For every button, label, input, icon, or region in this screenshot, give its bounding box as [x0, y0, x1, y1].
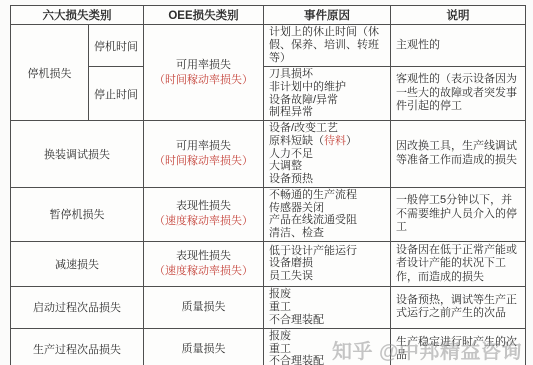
cell-note-planned: 主观性的	[391, 25, 526, 67]
material-suffix: ）	[346, 135, 357, 147]
cell-oee-quality-loss-2: 质量损失	[144, 328, 264, 365]
cause-line: 设备故障/异常	[269, 94, 385, 107]
cause-line: 传感器关闭	[269, 202, 385, 215]
row-stop-loss-stoptime: 停止时间 刀具损坏 非计划中的维护 设备故障/异常 制程异常 客观性的（表示设备…	[11, 67, 526, 121]
cause-line: 清洁、检查	[269, 227, 385, 240]
cause-line: 设备/改变工艺	[269, 122, 385, 135]
cell-note-changeover: 因改换工具，生产线调试等准备工作而造成的损失	[391, 121, 526, 188]
zhihu-watermark: 知乎 @中邦精益咨询	[332, 335, 522, 364]
oee-loss-label: 表现性损失	[148, 199, 259, 214]
cell-changeover-category: 换装调试损失	[11, 121, 144, 188]
cell-note-minor-stop: 一般停工5分钟以下，并不需要维护人员介入的停工	[391, 187, 526, 241]
cell-minor-stop-category: 暂停机损失	[11, 187, 144, 241]
page: 六大损失类别 OEE损失类别 事件原因 说明 停机损失 停机时间 可用率损失 （…	[0, 0, 533, 365]
header-oee-loss: OEE损失类别	[144, 6, 264, 25]
cell-oee-availability-loss-2: 可用率损失 （时间稼动率损失）	[144, 121, 264, 188]
oee-loss-label: 可用率损失	[148, 58, 259, 73]
cell-note-unplanned: 客观性的（表示设备因为一些大的故障或者突发事件引起的停工	[391, 67, 526, 121]
header-note: 说明	[391, 6, 526, 25]
row-stop-loss-downtime: 停机损失 停机时间 可用率损失 （时间稼动率损失） 计划上的休止时间（休假、保养…	[11, 25, 526, 67]
cell-cause-minor-stop: 不畅通的生产流程 传感器关闭 产品在线流通受阻 清洁、检查	[264, 187, 391, 241]
cause-line: 员工失误	[269, 270, 385, 283]
row-changeover-loss: 换装调试损失 可用率损失 （时间稼动率损失） 设备/改变工艺 原料短缺（待料） …	[11, 121, 526, 188]
cause-line: 人力不足	[269, 148, 385, 161]
cell-oee-performance-loss-2: 表现性损失 （速度稼动率损失）	[144, 241, 264, 286]
cell-cause-speed: 低于设计产能运行 设备磨损 员工失误	[264, 241, 391, 286]
cause-line: 不合理装配	[269, 314, 385, 327]
cell-oee-quality-loss-1: 质量损失	[144, 286, 264, 328]
oee-loss-sub-label: （时间稼动率损失）	[148, 73, 259, 88]
cell-oee-performance-loss-1: 表现性损失 （速度稼动率损失）	[144, 187, 264, 241]
cause-line: 设备磨损	[269, 257, 385, 270]
cell-stoptime: 停止时间	[89, 67, 144, 121]
row-minor-stop-loss: 暂停机损失 表现性损失 （速度稼动率损失） 不畅通的生产流程 传感器关闭 产品在…	[11, 187, 526, 241]
cell-note-speed: 设备因在低于正常产能或者设计产能的状况下工作，而造成的损失	[391, 241, 526, 286]
header-event-cause: 事件原因	[264, 6, 391, 25]
cell-production-defect-category: 生产过程次品损失	[11, 328, 144, 365]
header-row: 六大损失类别 OEE损失类别 事件原因 说明	[11, 6, 526, 25]
cause-line: 不畅通的生产流程	[269, 189, 385, 202]
oee-loss-label: 表现性损失	[148, 249, 259, 264]
material-prefix: 原料短缺（	[269, 135, 324, 147]
cause-line: 大调整	[269, 160, 385, 173]
row-speed-loss: 减速损失 表现性损失 （速度稼动率损失） 低于设计产能运行 设备磨损 员工失误 …	[11, 241, 526, 286]
cell-downtime: 停机时间	[89, 25, 144, 67]
oee-loss-sub-label: （时间稼动率损失）	[148, 154, 259, 169]
cause-line: 低于设计产能运行	[269, 245, 385, 258]
cell-cause-changeover: 设备/改变工艺 原料短缺（待料） 人力不足 大调整 设备预热	[264, 121, 391, 188]
cell-note-startup-defect: 设备预热，调试等生产正式运行之前产生的次品	[391, 286, 526, 328]
cause-line: 刀具损坏	[269, 68, 385, 81]
cause-line: 计划上的休止时间（休假、保养、培训、转班等）	[269, 26, 385, 64]
cause-line: 制程异常	[269, 106, 385, 119]
oee-loss-table: 六大损失类别 OEE损失类别 事件原因 说明 停机损失 停机时间 可用率损失 （…	[10, 5, 526, 365]
oee-loss-sub-label: （速度稼动率损失）	[148, 214, 259, 229]
cause-line: 非计划中的维护	[269, 81, 385, 94]
cause-line: 设备预热	[269, 173, 385, 186]
cell-oee-availability-loss-1: 可用率损失 （时间稼动率损失）	[144, 25, 264, 121]
oee-loss-label: 可用率损失	[148, 139, 259, 154]
header-six-loss: 六大损失类别	[11, 6, 144, 25]
oee-loss-sub-label: （速度稼动率损失）	[148, 264, 259, 279]
cell-speed-category: 减速损失	[11, 241, 144, 286]
cause-line: 产品在线流通受阻	[269, 214, 385, 227]
cause-line-material: 原料短缺（待料）	[269, 135, 385, 148]
cell-cause-planned: 计划上的休止时间（休假、保养、培训、转班等）	[264, 25, 391, 67]
cell-cause-unplanned: 刀具损坏 非计划中的维护 设备故障/异常 制程异常	[264, 67, 391, 121]
cell-startup-defect-category: 启动过程次品损失	[11, 286, 144, 328]
cause-line: 报废	[269, 288, 385, 301]
row-startup-defect-loss: 启动过程次品损失 质量损失 报废 重工 不合理装配 设备预热，调试等生产正式运行…	[11, 286, 526, 328]
cause-line: 重工	[269, 301, 385, 314]
cell-stop-loss-category: 停机损失	[11, 25, 89, 121]
cell-cause-startup-defect: 报废 重工 不合理装配	[264, 286, 391, 328]
material-shortage-red: 待料	[324, 135, 346, 147]
